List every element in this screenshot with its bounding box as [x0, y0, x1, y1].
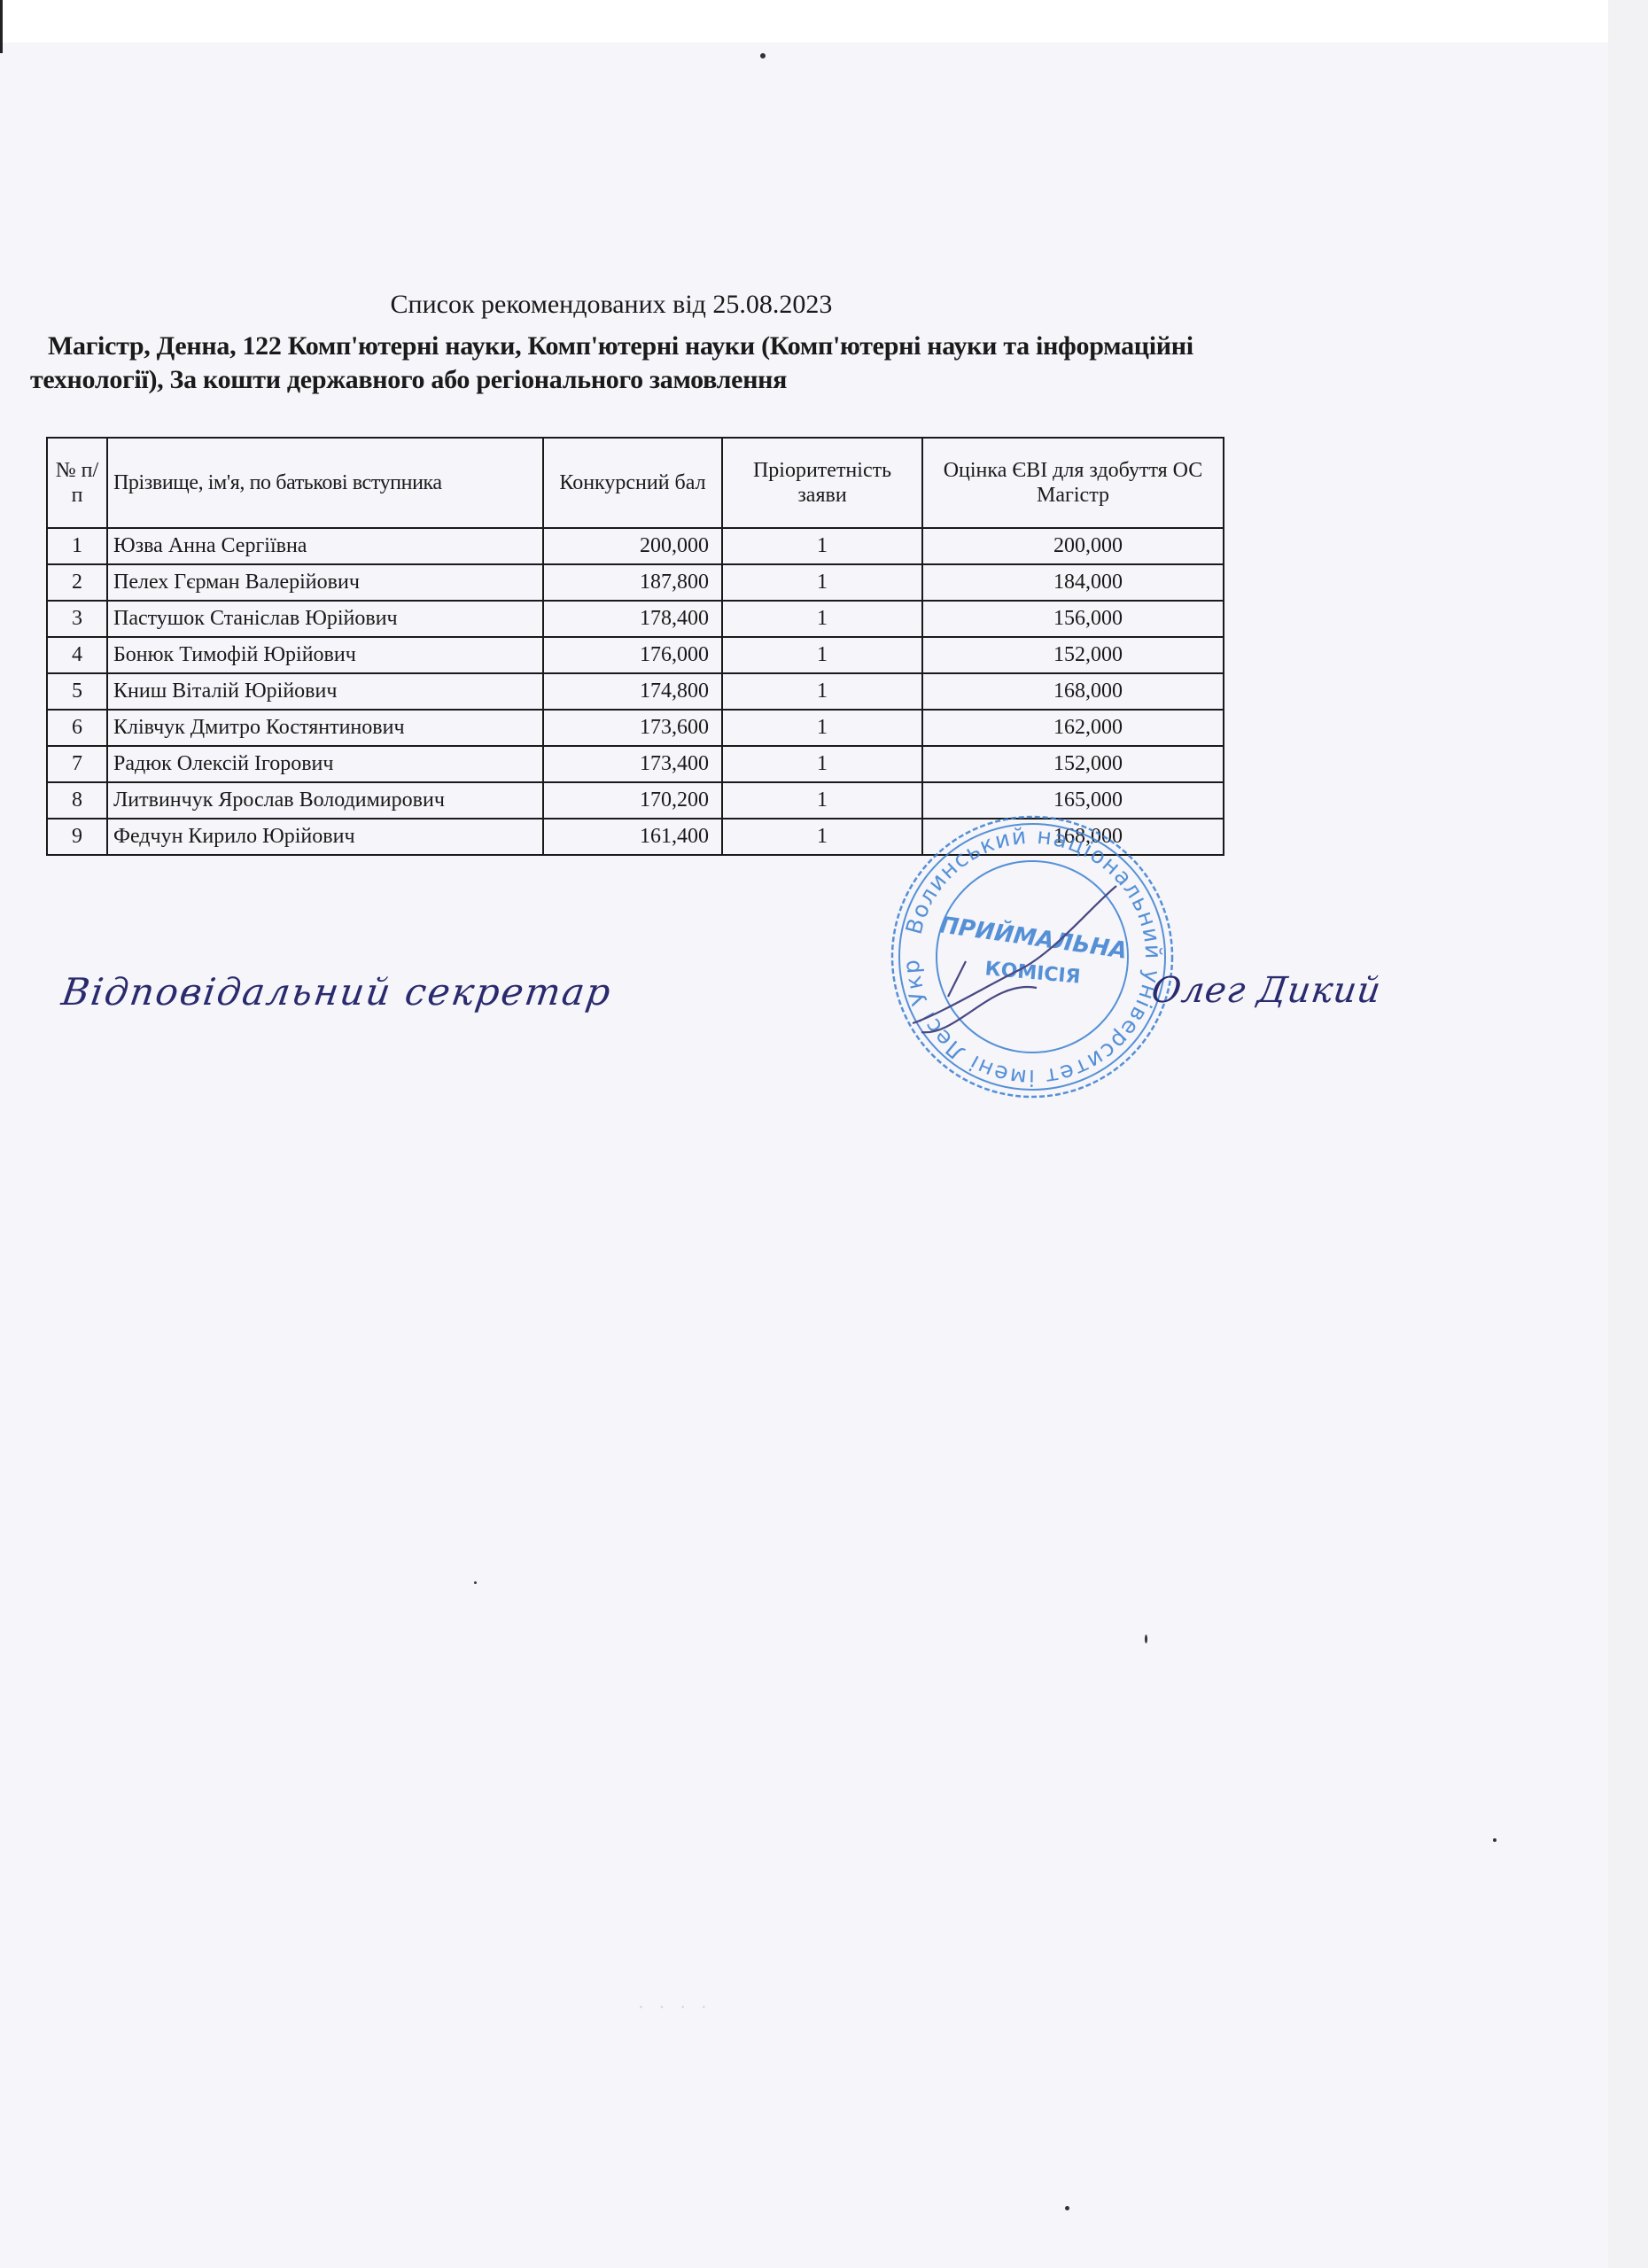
cell-number: 4	[47, 637, 107, 673]
cell-priority: 1	[722, 746, 922, 782]
cell-evi: 152,000	[922, 746, 1224, 782]
scan-speck	[1493, 1838, 1496, 1842]
header-name: Прізвище, ім'я, по батькові вступника	[107, 438, 543, 528]
scan-speck	[1145, 1635, 1147, 1643]
cell-score: 200,000	[543, 528, 722, 564]
signature-scribble	[913, 886, 1116, 1032]
cell-number: 5	[47, 673, 107, 710]
scan-speck	[760, 53, 766, 58]
stamp-center-line1: ПРИЙМАЛЬНА	[937, 910, 1129, 964]
scan-speck	[474, 1581, 477, 1584]
cell-name: Пастушок Станіслав Юрійович	[107, 601, 543, 637]
cell-score: 170,200	[543, 782, 722, 819]
cell-evi: 152,000	[922, 637, 1224, 673]
signature-name: Олег Дикий	[1149, 970, 1384, 1011]
cell-name: Радюк Олексій Ігорович	[107, 746, 543, 782]
recommended-list-table: № п/п Прізвище, ім'я, по батькові вступн…	[46, 437, 1224, 856]
cell-name: Бонюк Тимофій Юрійович	[107, 637, 543, 673]
document-subtitle: Магістр, Денна, 122 Комп'ютерні науки, К…	[30, 330, 1200, 397]
scan-edge-artifact	[0, 0, 3, 53]
cell-name: Книш Віталій Юрійович	[107, 673, 543, 710]
cell-name: Пелех Гєрман Валерійович	[107, 564, 543, 601]
cell-number: 3	[47, 601, 107, 637]
cell-priority: 1	[722, 564, 922, 601]
cell-name: Литвинчук Ярослав Володимирович	[107, 782, 543, 819]
cell-priority: 1	[722, 673, 922, 710]
cell-evi: 162,000	[922, 710, 1224, 746]
table-row: 2Пелех Гєрман Валерійович187,8001184,000	[47, 564, 1224, 601]
cell-priority: 1	[722, 637, 922, 673]
cell-score: 173,400	[543, 746, 722, 782]
cell-number: 2	[47, 564, 107, 601]
cell-evi: 184,000	[922, 564, 1224, 601]
cell-score: 161,400	[543, 819, 722, 855]
scan-margin-strip	[1608, 0, 1648, 2268]
cell-score: 176,000	[543, 637, 722, 673]
cell-number: 8	[47, 782, 107, 819]
table-row: 3Пастушок Станіслав Юрійович178,4001156,…	[47, 601, 1224, 637]
cell-score: 174,800	[543, 673, 722, 710]
table-row: 7Радюк Олексій Ігорович173,4001152,000	[47, 746, 1224, 782]
cell-number: 7	[47, 746, 107, 782]
document-title: Список рекомендованих від 25.08.2023	[0, 289, 1223, 321]
cell-evi: 168,000	[922, 673, 1224, 710]
admissions-stamp: Волинський національний університет імен…	[886, 811, 1178, 1103]
cell-number: 6	[47, 710, 107, 746]
header-priority: Пріоритетність заяви	[722, 438, 922, 528]
cell-name: Федчун Кирило Юрійович	[107, 819, 543, 855]
header-evi: Оцінка ЄВІ для здобуття ОС Магістр	[922, 438, 1224, 528]
cell-evi: 200,000	[922, 528, 1224, 564]
table-row: 5Книш Віталій Юрійович174,8001168,000	[47, 673, 1224, 710]
cell-number: 1	[47, 528, 107, 564]
header-number: № п/п	[47, 438, 107, 528]
cell-priority: 1	[722, 710, 922, 746]
scan-speck	[1065, 2206, 1069, 2210]
table-row: 6Клівчук Дмитро Костянтинович173,6001162…	[47, 710, 1224, 746]
header-score: Конкурсний бал	[543, 438, 722, 528]
cell-priority: 1	[722, 601, 922, 637]
table-row: 1Юзва Анна Сергіївна200,0001200,000	[47, 528, 1224, 564]
signature-position: Відповідальний секретар	[59, 970, 615, 1014]
cell-priority: 1	[722, 528, 922, 564]
cell-name: Клівчук Дмитро Костянтинович	[107, 710, 543, 746]
cell-score: 173,600	[543, 710, 722, 746]
cell-name: Юзва Анна Сергіївна	[107, 528, 543, 564]
cell-evi: 156,000	[922, 601, 1224, 637]
table-row: 4Бонюк Тимофій Юрійович176,0001152,000	[47, 637, 1224, 673]
cell-score: 178,400	[543, 601, 722, 637]
table-header-row: № п/п Прізвище, ім'я, по батькові вступн…	[47, 438, 1224, 528]
cell-score: 187,800	[543, 564, 722, 601]
faint-bleed-mark: · · · ·	[638, 1998, 712, 2018]
table-body: 1Юзва Анна Сергіївна200,0001200,0002Пеле…	[47, 528, 1224, 855]
cell-number: 9	[47, 819, 107, 855]
